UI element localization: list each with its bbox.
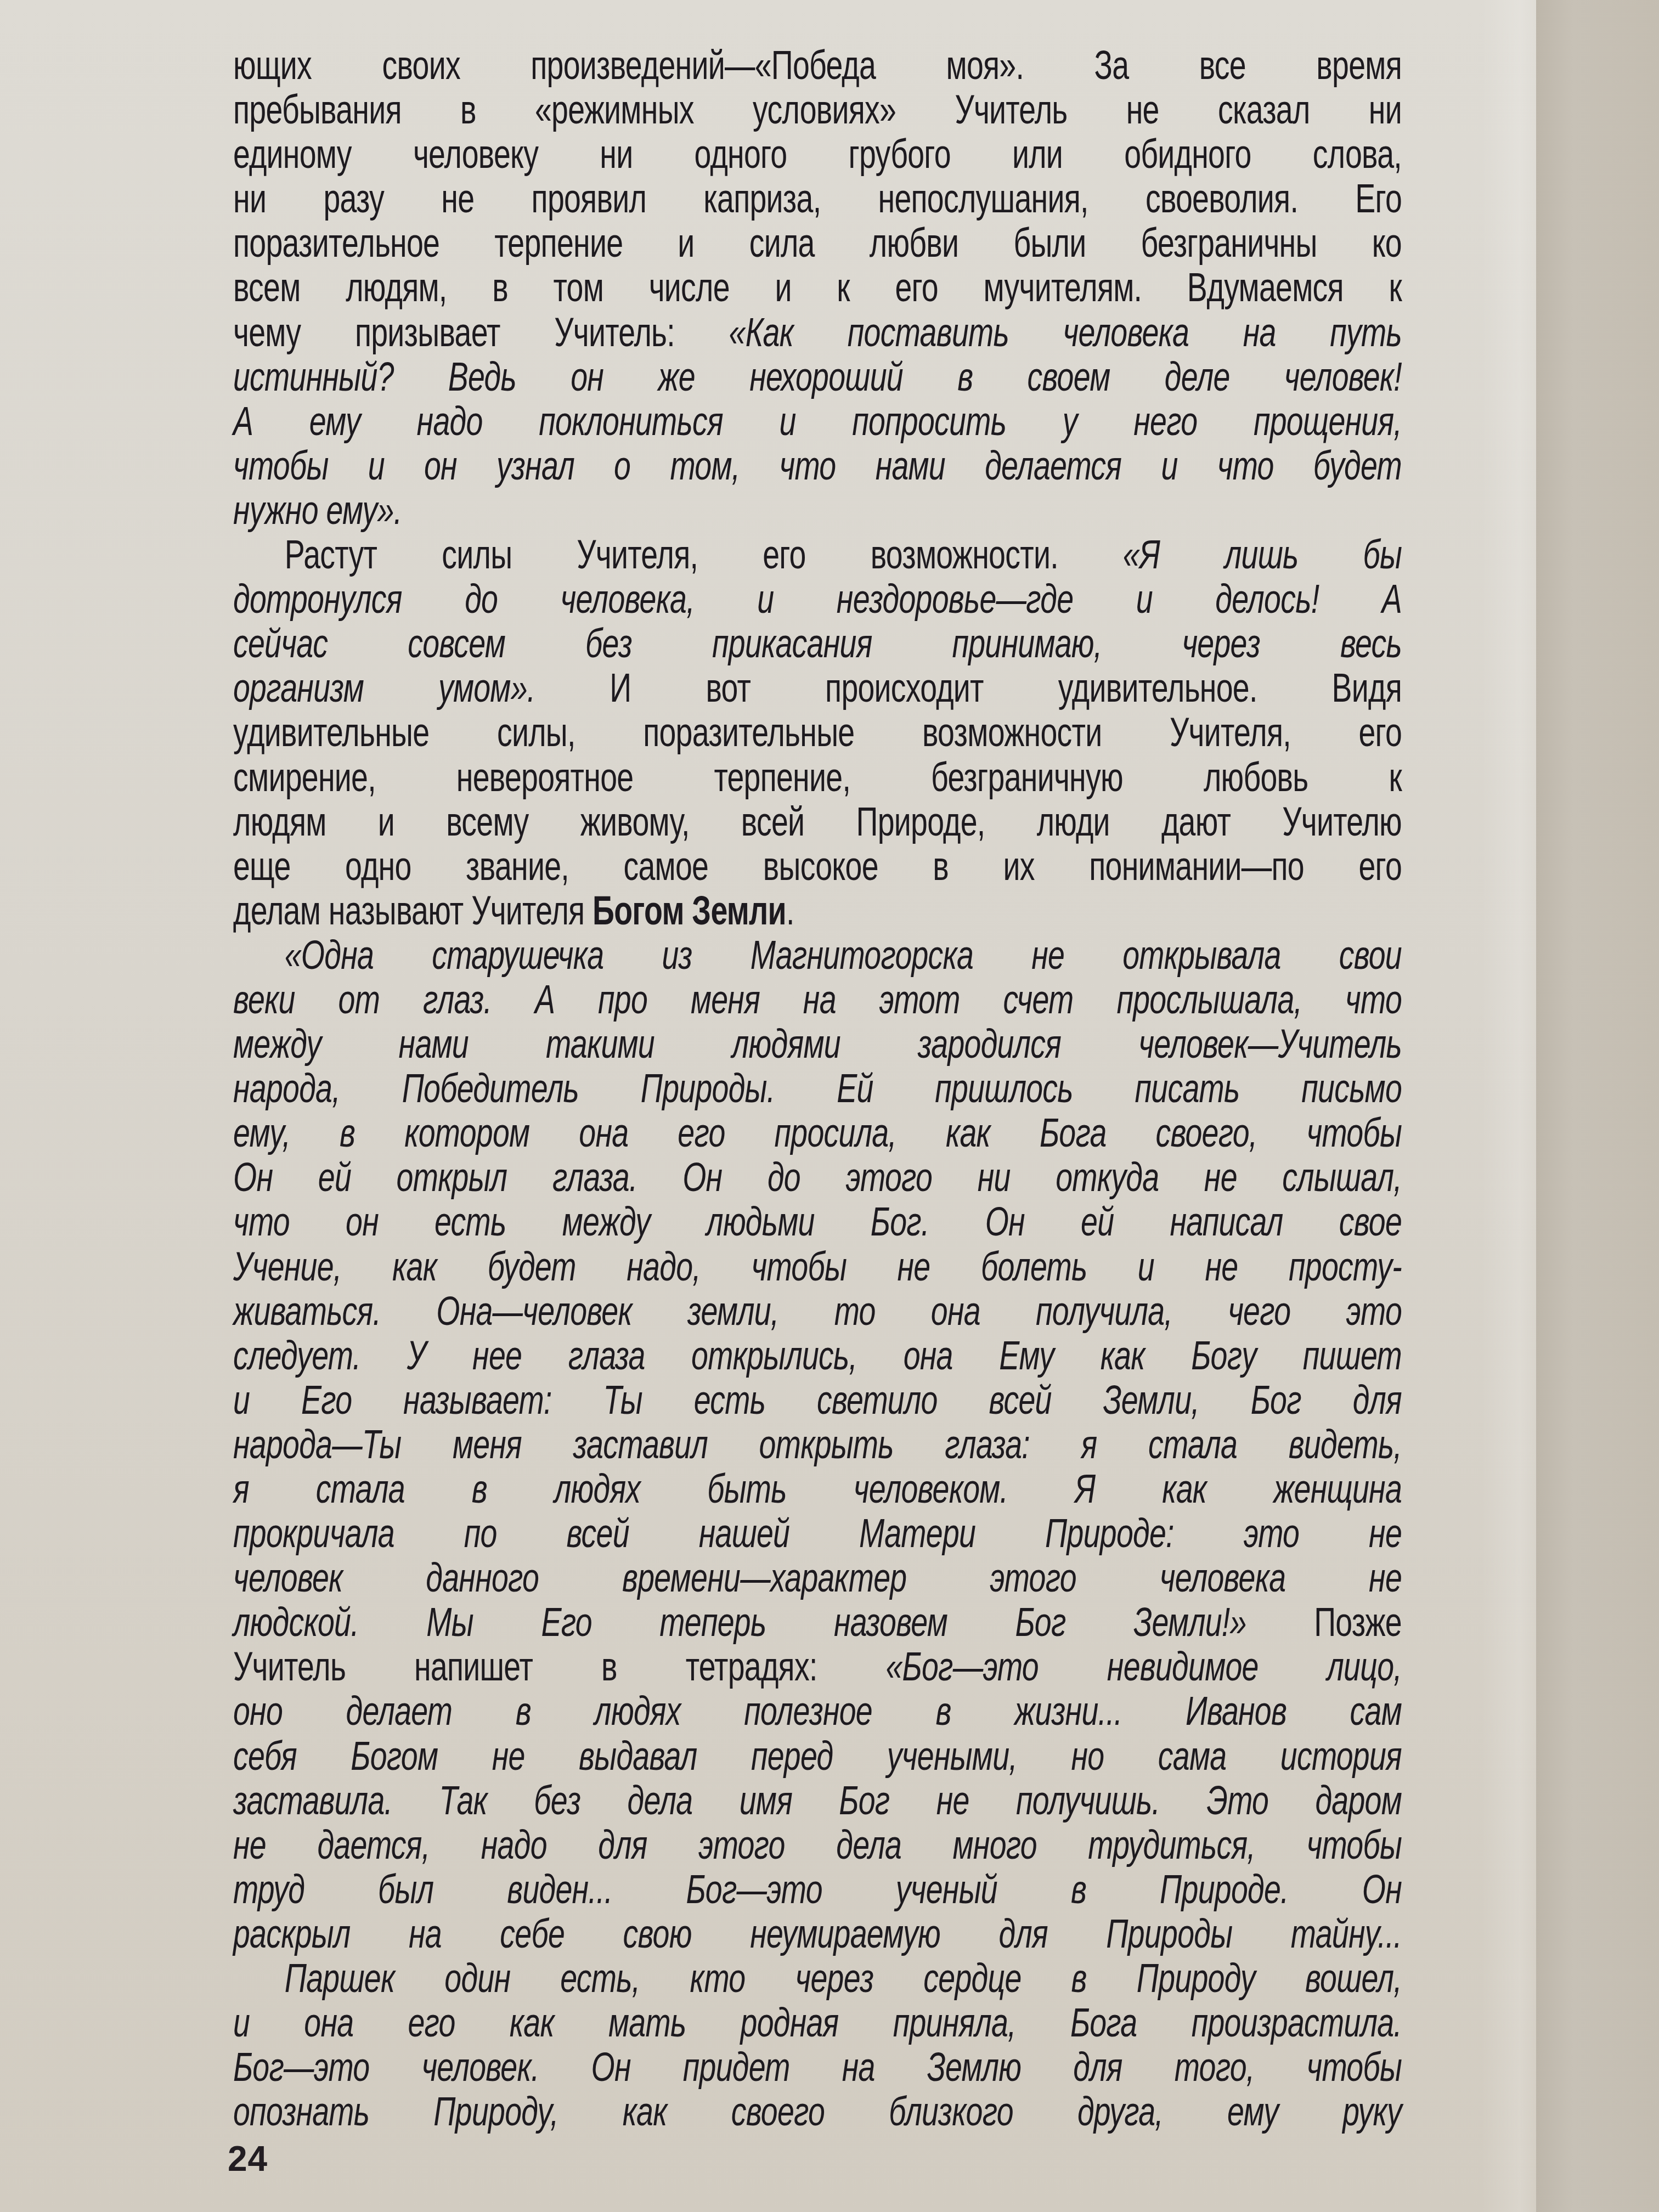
text-line: Учение, как будет надо, чтобы не болеть … xyxy=(233,1244,1402,1289)
text-line: Паршек один есть, кто через сердце в При… xyxy=(233,1956,1402,2000)
text-line-content: заставила. Так без дела имя Бог не получ… xyxy=(233,1778,1402,1822)
italic-quote-text: следует. У нее глаза открылись, она Ему … xyxy=(233,1333,1402,1378)
italic-quote-text: заставила. Так без дела имя Бог не получ… xyxy=(233,1778,1402,1823)
text-line: я стала в людях быть человеком. Я как же… xyxy=(233,1466,1402,1511)
italic-quote-text: прокричала по всей нашей Матери Природе:… xyxy=(233,1510,1402,1556)
text-line: не дается, надо для этого дела много тру… xyxy=(233,1822,1402,1867)
text-line-content: живаться. Она—человек земли, то она полу… xyxy=(233,1289,1402,1333)
text-run: единому человеку ни одного грубого или о… xyxy=(233,131,1402,177)
text-line: «Одна старушечка из Магнитогорска не отк… xyxy=(233,933,1402,977)
text-line-content: истинный? Ведь он же нехороший в своем д… xyxy=(233,354,1402,399)
text-line: раскрыл на себе свою неумираемую для При… xyxy=(233,1911,1402,1956)
text-line: человек данного времени—характер этого ч… xyxy=(233,1555,1402,1600)
text-line-content: между нами такими людями зародился челов… xyxy=(233,1022,1402,1066)
text-line: всем людям, в том числе и к его мучителя… xyxy=(233,265,1402,309)
text-run: еще одно звание, самое высокое в их пони… xyxy=(233,843,1402,889)
text-line: и она его как мать родная приняла, Бога … xyxy=(233,2000,1402,2045)
text-line-content: человек данного времени—характер этого ч… xyxy=(233,1555,1402,1600)
text-line-content: прокричала по всей нашей Матери Природе:… xyxy=(233,1511,1402,1555)
text-run: Растут силы Учителя, его возможности. xyxy=(285,532,1123,577)
text-line-content: Бог—это человек. Он придет на Землю для … xyxy=(233,2045,1402,2089)
text-line: чему призывает Учитель: «Как поставить ч… xyxy=(233,310,1402,354)
italic-quote-text: что он есть между людьми Бог. Он ей напи… xyxy=(233,1199,1402,1244)
text-line: нужно ему». xyxy=(233,488,1402,532)
text-line-content: А ему надо поклониться и попросить у нег… xyxy=(233,399,1402,443)
text-line-content: людской. Мы Его теперь назовем Бог Земли… xyxy=(233,1600,1402,1644)
text-line-content: народа, Победитель Природы. Ей пришлось … xyxy=(233,1066,1402,1110)
text-line: еще одно звание, самое высокое в их пони… xyxy=(233,844,1402,888)
text-line-content: всем людям, в том числе и к его мучителя… xyxy=(233,265,1402,309)
text-line-content: опознать Природу, как своего близкого др… xyxy=(233,2089,1402,2134)
bold-text: Богом Земли xyxy=(592,888,786,933)
adjacent-page-edge xyxy=(1536,0,1659,2212)
text-line: между нами такими людями зародился челов… xyxy=(233,1022,1402,1066)
text-line-content: не дается, надо для этого дела много тру… xyxy=(233,1822,1402,1867)
italic-quote-text: и она его как мать родная приняла, Бога … xyxy=(233,2000,1402,2045)
italic-quote-text: организм умом». xyxy=(233,665,535,710)
text-line: Учитель напишет в тетрадях: «Бог—это нев… xyxy=(233,1644,1402,1689)
text-run: чему призывает Учитель: xyxy=(233,309,729,355)
text-line-content: чему призывает Учитель: «Как поставить ч… xyxy=(233,310,1402,354)
text-line-content: единому человеку ни одного грубого или о… xyxy=(233,132,1402,176)
text-line: опознать Природу, как своего близкого др… xyxy=(233,2089,1402,2134)
text-line-content: следует. У нее глаза открылись, она Ему … xyxy=(233,1333,1402,1378)
text-line-content: себя Богом не выдавал перед учеными, но … xyxy=(233,1734,1402,1778)
italic-quote-text: народа, Победитель Природы. Ей пришлось … xyxy=(233,1065,1402,1111)
text-line: Растут силы Учителя, его возможности. «Я… xyxy=(233,532,1402,577)
text-run: . xyxy=(786,888,794,933)
text-line-content: я стала в людях быть человеком. Я как же… xyxy=(233,1466,1402,1511)
text-line: народа—Ты меня заставил открыть глаза: я… xyxy=(233,1422,1402,1466)
text-line: делам называют Учителя Богом Земли. xyxy=(233,888,1402,933)
text-line: народа, Победитель Природы. Ей пришлось … xyxy=(233,1066,1402,1110)
text-line-content: нужно ему». xyxy=(233,488,1402,532)
page-edge xyxy=(1481,0,1536,2212)
text-line: прокричала по всей нашей Матери Природе:… xyxy=(233,1511,1402,1555)
text-line-content: делам называют Учителя Богом Земли. xyxy=(233,888,1402,933)
italic-quote-text: «Я лишь бы xyxy=(1123,532,1402,577)
italic-quote-text: Бог—это человек. Он придет на Землю для … xyxy=(233,2044,1402,2090)
text-line-content: людям и всему живому, всей Природе, люди… xyxy=(233,799,1402,844)
text-line-content: сейчас совсем без прикасания принимаю, ч… xyxy=(233,621,1402,665)
italic-quote-text: Учение, как будет надо, чтобы не болеть … xyxy=(233,1244,1402,1289)
italic-quote-text: чтобы и он узнал о том, что нами делаетс… xyxy=(233,443,1402,488)
text-line: живаться. Она—человек земли, то она полу… xyxy=(233,1289,1402,1333)
text-run: Учитель напишет в тетрадях: xyxy=(233,1644,885,1689)
book-page: ющих своих произведений—«Победа моя». За… xyxy=(0,0,1536,2212)
italic-quote-text: «Бог—это невидимое лицо, xyxy=(885,1644,1402,1689)
text-run: делам называют Учителя xyxy=(233,888,592,933)
italic-quote-text: Он ей открыл глаза. Он до этого ни откуд… xyxy=(233,1154,1402,1200)
text-line-content: еще одно звание, самое высокое в их пони… xyxy=(233,844,1402,888)
text-line-content: народа—Ты меня заставил открыть глаза: я… xyxy=(233,1422,1402,1466)
italic-quote-text: веки от глаз. А про меня на этот счет пр… xyxy=(233,977,1402,1022)
italic-quote-text: людской. Мы Его теперь назовем Бог Земли… xyxy=(233,1599,1246,1645)
italic-quote-text: Паршек один есть, кто через сердце в При… xyxy=(285,1955,1402,2001)
text-line: ющих своих произведений—«Победа моя». За… xyxy=(233,43,1402,87)
text-line: чтобы и он узнал о том, что нами делаетс… xyxy=(233,443,1402,488)
italic-quote-text: народа—Ты меня заставил открыть глаза: я… xyxy=(233,1421,1402,1467)
italic-quote-text: дотронулся до человека, и нездоровье—где… xyxy=(233,576,1402,622)
text-line: дотронулся до человека, и нездоровье—где… xyxy=(233,577,1402,621)
text-run: поразительное терпение и сила любви были… xyxy=(233,220,1402,266)
text-line: организм умом». И вот происходит удивите… xyxy=(233,665,1402,710)
text-line-content: поразительное терпение и сила любви были… xyxy=(233,221,1402,265)
text-line: ни разу не проявил каприза, непослушания… xyxy=(233,176,1402,221)
text-line-content: ни разу не проявил каприза, непослушания… xyxy=(233,176,1402,221)
text-line: А ему надо поклониться и попросить у нег… xyxy=(233,399,1402,443)
text-line: заставила. Так без дела имя Бог не получ… xyxy=(233,1778,1402,1822)
text-line: единому человеку ни одного грубого или о… xyxy=(233,132,1402,176)
page-number: 24 xyxy=(228,2138,268,2179)
text-run: ющих своих произведений—«Победа моя». За… xyxy=(233,42,1402,88)
italic-quote-text: раскрыл на себе свою неумираемую для При… xyxy=(233,1911,1402,1956)
text-line-content: организм умом». И вот происходит удивите… xyxy=(233,665,1402,710)
italic-quote-text: оно делает в людях полезное в жизни... И… xyxy=(233,1688,1402,1734)
text-line-content: Учитель напишет в тетрадях: «Бог—это нев… xyxy=(233,1644,1402,1689)
text-run: пребывания в «режимных условиях» Учитель… xyxy=(233,87,1402,132)
italic-quote-text: себя Богом не выдавал перед учеными, но … xyxy=(233,1733,1402,1779)
text-line: следует. У нее глаза открылись, она Ему … xyxy=(233,1333,1402,1378)
photo-scene: ющих своих произведений—«Победа моя». За… xyxy=(0,0,1659,2212)
text-line: поразительное терпение и сила любви были… xyxy=(233,221,1402,265)
text-line-content: Растут силы Учителя, его возможности. «Я… xyxy=(233,532,1402,577)
text-line-content: чтобы и он узнал о том, что нами делаетс… xyxy=(233,443,1402,488)
text-line-content: ющих своих произведений—«Победа моя». За… xyxy=(233,43,1402,87)
text-line: людской. Мы Его теперь назовем Бог Земли… xyxy=(233,1600,1402,1644)
italic-quote-text: между нами такими людями зародился челов… xyxy=(233,1021,1402,1066)
text-line: себя Богом не выдавал перед учеными, но … xyxy=(233,1734,1402,1778)
text-line: сейчас совсем без прикасания принимаю, ч… xyxy=(233,621,1402,665)
italic-quote-text: и Его называет: Ты есть светило всей Зем… xyxy=(233,1377,1402,1423)
text-line-content: «Одна старушечка из Магнитогорска не отк… xyxy=(233,933,1402,977)
body-text: ющих своих произведений—«Победа моя». За… xyxy=(233,43,1402,2134)
text-line: Он ей открыл глаза. Он до этого ни откуд… xyxy=(233,1155,1402,1199)
text-run: И вот происходит удивительное. Видя xyxy=(535,665,1402,710)
text-line-content: Учение, как будет надо, чтобы не болеть … xyxy=(233,1244,1402,1289)
italic-quote-text: сейчас совсем без прикасания принимаю, ч… xyxy=(233,620,1402,666)
italic-quote-text: человек данного времени—характер этого ч… xyxy=(233,1555,1402,1600)
text-line-content: пребывания в «режимных условиях» Учитель… xyxy=(233,87,1402,132)
text-line-content: раскрыл на себе свою неумираемую для При… xyxy=(233,1911,1402,1956)
text-line-content: Он ей открыл глаза. Он до этого ни откуд… xyxy=(233,1155,1402,1199)
text-line: пребывания в «режимных условиях» Учитель… xyxy=(233,87,1402,132)
text-line: ему, в котором она его просила, как Бога… xyxy=(233,1110,1402,1155)
italic-quote-text: «Как поставить человека на путь xyxy=(729,309,1402,355)
text-line: веки от глаз. А про меня на этот счет пр… xyxy=(233,977,1402,1022)
text-run: людям и всему живому, всей Природе, люди… xyxy=(233,799,1402,844)
italic-quote-text: «Одна старушечка из Магнитогорска не отк… xyxy=(285,932,1402,978)
text-run: ни разу не проявил каприза, непослушания… xyxy=(233,176,1402,221)
text-line: оно делает в людях полезное в жизни... И… xyxy=(233,1689,1402,1733)
text-line-content: удивительные силы, поразительные возможн… xyxy=(233,710,1402,754)
italic-quote-text: А ему надо поклониться и попросить у нег… xyxy=(233,398,1402,444)
text-run: Позже xyxy=(1246,1599,1402,1645)
text-line: смирение, невероятное терпение, безграни… xyxy=(233,755,1402,799)
text-line-content: смирение, невероятное терпение, безграни… xyxy=(233,755,1402,799)
text-line-content: веки от глаз. А про меня на этот счет пр… xyxy=(233,977,1402,1022)
italic-quote-text: нужно ему». xyxy=(233,487,402,533)
italic-quote-text: не дается, надо для этого дела много тру… xyxy=(233,1822,1402,1867)
text-line-content: и она его как мать родная приняла, Бога … xyxy=(233,2000,1402,2045)
italic-quote-text: живаться. Она—человек земли, то она полу… xyxy=(233,1288,1402,1334)
italic-quote-text: опознать Природу, как своего близкого др… xyxy=(233,2089,1402,2134)
text-line-content: труд был виден... Бог—это ученый в Приро… xyxy=(233,1867,1402,1911)
text-line: удивительные силы, поразительные возможн… xyxy=(233,710,1402,754)
text-line: Бог—это человек. Он придет на Землю для … xyxy=(233,2045,1402,2089)
italic-quote-text: ему, в котором она его просила, как Бога… xyxy=(233,1110,1402,1155)
italic-quote-text: труд был виден... Бог—это ученый в Приро… xyxy=(233,1866,1402,1912)
text-line: истинный? Ведь он же нехороший в своем д… xyxy=(233,354,1402,399)
text-line-content: и Его называет: Ты есть светило всей Зем… xyxy=(233,1378,1402,1422)
text-line-content: что он есть между людьми Бог. Он ей напи… xyxy=(233,1199,1402,1244)
text-line-content: ему, в котором она его просила, как Бога… xyxy=(233,1110,1402,1155)
italic-quote-text: истинный? Ведь он же нехороший в своем д… xyxy=(233,354,1402,399)
text-line: труд был виден... Бог—это ученый в Приро… xyxy=(233,1867,1402,1911)
text-run: смирение, невероятное терпение, безграни… xyxy=(233,754,1402,800)
text-line-content: Паршек один есть, кто через сердце в При… xyxy=(233,1956,1402,2000)
text-line: и Его называет: Ты есть светило всей Зем… xyxy=(233,1378,1402,1422)
italic-quote-text: я стала в людях быть человеком. Я как же… xyxy=(233,1466,1402,1511)
text-line-content: оно делает в людях полезное в жизни... И… xyxy=(233,1689,1402,1733)
text-line: что он есть между людьми Бог. Он ей напи… xyxy=(233,1199,1402,1244)
text-run: всем людям, в том числе и к его мучителя… xyxy=(233,264,1402,310)
text-line: людям и всему живому, всей Природе, люди… xyxy=(233,799,1402,844)
text-line-content: дотронулся до человека, и нездоровье—где… xyxy=(233,577,1402,621)
text-run: удивительные силы, поразительные возможн… xyxy=(233,709,1402,755)
